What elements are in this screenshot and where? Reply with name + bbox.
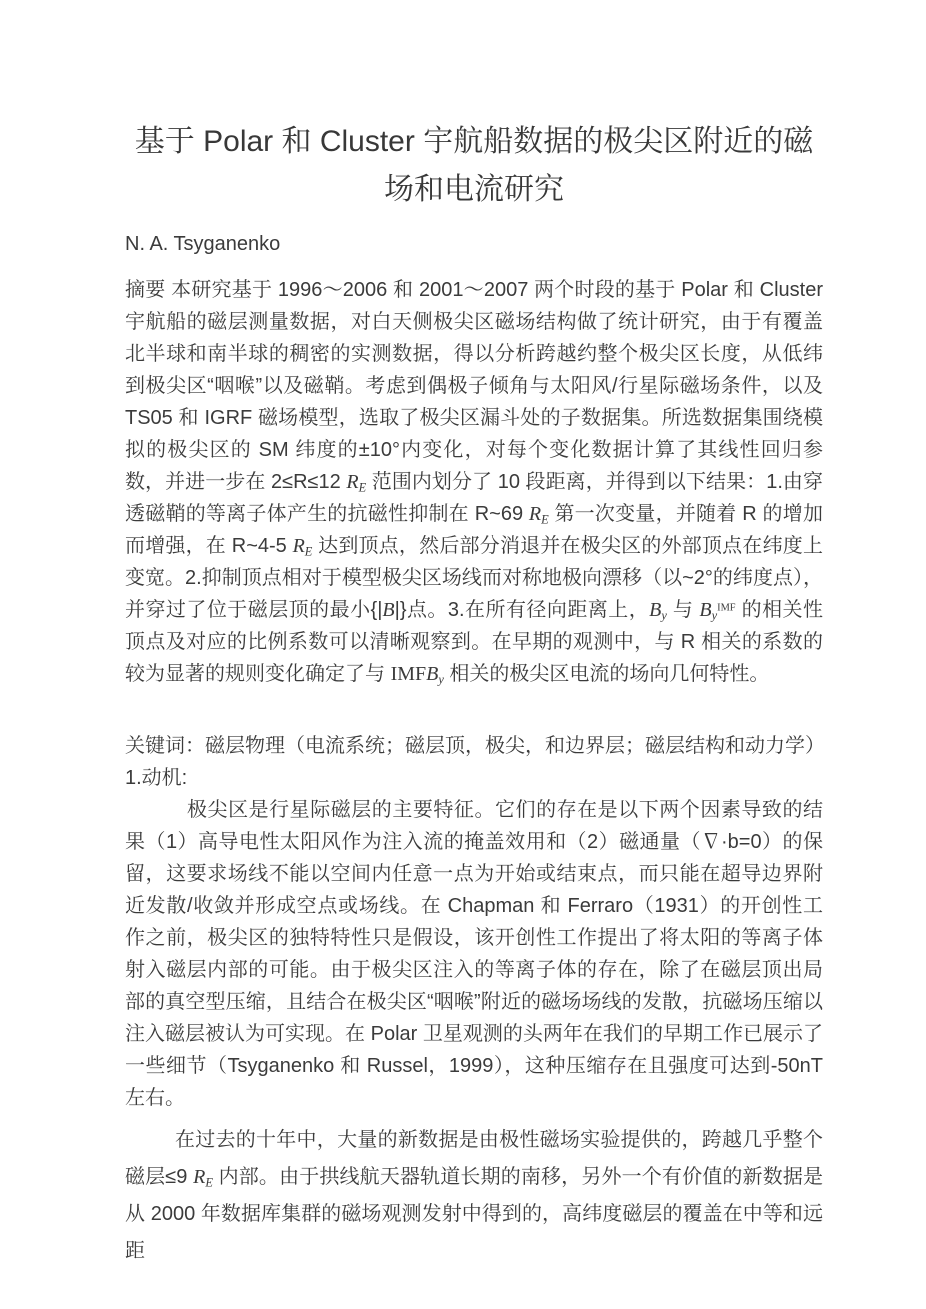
title-line-2: 场和电流研究: [125, 166, 823, 214]
document-page: 基于 Polar 和 Cluster 宇航船数据的极尖区附近的磁 场和电流研究 …: [0, 0, 926, 1309]
document-title: 基于 Polar 和 Cluster 宇航船数据的极尖区附近的磁 场和电流研究: [125, 118, 823, 214]
motivation-paragraph-2: 在过去的十年中，大量的新数据是由极性磁场实验提供的，跨越几乎整个磁层≤9 RE …: [125, 1122, 823, 1270]
section-1-heading: 1.动机:: [125, 762, 823, 794]
keywords-line: 关键词：磁层物理（电流系统；磁层顶，极尖，和边界层；磁层结构和动力学）: [125, 730, 823, 762]
author-name: N. A. Tsyganenko: [125, 228, 823, 260]
abstract-paragraph: 摘要 本研究基于 1996～2006 和 2001～2007 两个时段的基于 P…: [125, 274, 823, 690]
motivation-paragraph-1: 极尖区是行星际磁层的主要特征。它们的存在是以下两个因素导致的结果（1）高导电性太…: [125, 794, 823, 1114]
title-line-1: 基于 Polar 和 Cluster 宇航船数据的极尖区附近的磁: [125, 118, 823, 166]
